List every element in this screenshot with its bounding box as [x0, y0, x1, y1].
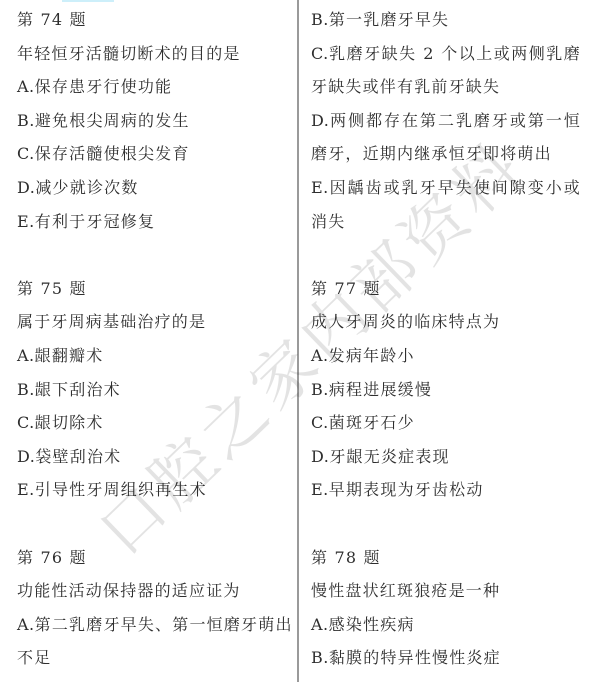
- option-a: A.感染性疾病: [311, 608, 581, 642]
- question-76-continued: B.第一乳磨牙早失 C.乳磨牙缺失 2 个以上或两侧乳磨 牙缺失或伴有乳前牙缺失…: [311, 3, 581, 238]
- option-c: C.保存活髓使根尖发育: [17, 137, 289, 171]
- question-stem: 年轻恒牙活髓切断术的目的是: [17, 37, 289, 71]
- option-a: A.第二乳磨牙早失、第一恒磨牙萌出: [17, 608, 289, 642]
- option-b: B.病程进展缓慢: [311, 373, 581, 407]
- option-label: D.: [311, 111, 329, 130]
- option-e: E.引导性牙周组织再生术: [17, 473, 289, 507]
- option-text: 因龋齿或乳牙早失使间隙变小或: [329, 178, 581, 197]
- option-c: C.乳磨牙缺失 2 个以上或两侧乳磨: [311, 37, 581, 71]
- option-text: 病程进展缓慢: [329, 380, 432, 399]
- option-c: C.菌斑牙石少: [311, 406, 581, 440]
- option-label: C.: [311, 44, 329, 63]
- option-d: D.牙龈无炎症表现: [311, 440, 581, 474]
- left-column: 第 74 题 年轻恒牙活髓切断术的目的是 A.保存患牙行使功能 B.避免根尖周病…: [17, 3, 289, 675]
- spacer: [311, 507, 581, 541]
- option-text: 两侧都存在第二乳磨牙或第一恒: [329, 111, 581, 130]
- top-accent-bar: [62, 0, 114, 2]
- option-e-continued: 消失: [311, 205, 581, 239]
- question-stem: 慢性盘状红斑狼疮是一种: [311, 574, 581, 608]
- option-label: E.: [17, 212, 35, 231]
- question-title: 第 76 题: [17, 541, 289, 575]
- option-d: D.两侧都存在第二乳磨牙或第一恒: [311, 104, 581, 138]
- option-a: A.龈翻瓣术: [17, 339, 289, 373]
- question-title: 第 74 题: [17, 3, 289, 37]
- option-label: A.: [311, 346, 329, 365]
- option-c-continued: 牙缺失或伴有乳前牙缺失: [311, 70, 581, 104]
- option-label: C.: [311, 413, 329, 432]
- option-e: E.有利于牙冠修复: [17, 205, 289, 239]
- option-e: E.早期表现为牙齿松动: [311, 473, 581, 507]
- question-77: 第 77 题 成人牙周炎的临床特点为 A.发病年龄小 B.病程进展缓慢 C.菌斑…: [311, 272, 581, 507]
- option-text: 避免根尖周病的发生: [35, 111, 190, 130]
- option-text: 龈翻瓣术: [35, 346, 104, 365]
- right-column: B.第一乳磨牙早失 C.乳磨牙缺失 2 个以上或两侧乳磨 牙缺失或伴有乳前牙缺失…: [311, 3, 581, 675]
- option-label: A.: [17, 346, 35, 365]
- question-76: 第 76 题 功能性活动保持器的适应证为 A.第二乳磨牙早失、第一恒磨牙萌出 不…: [17, 541, 289, 675]
- option-label: C.: [17, 144, 35, 163]
- option-text: 保存患牙行使功能: [35, 77, 173, 96]
- option-text: 有利于牙冠修复: [35, 212, 155, 231]
- option-label: B.: [17, 111, 35, 130]
- option-text: 第一乳磨牙早失: [329, 10, 449, 29]
- option-c: C.龈切除术: [17, 406, 289, 440]
- option-text: 龈下刮治术: [35, 380, 121, 399]
- spacer: [17, 507, 289, 541]
- option-text: 乳磨牙缺失 2 个以上或两侧乳磨: [329, 44, 581, 63]
- question-title: 第 78 题: [311, 541, 581, 575]
- option-b: B.龈下刮治术: [17, 373, 289, 407]
- option-text: 感染性疾病: [329, 615, 415, 634]
- spacer: [17, 238, 289, 272]
- option-label: E.: [311, 178, 329, 197]
- option-label: B.: [311, 10, 329, 29]
- question-75: 第 75 题 属于牙周病基础治疗的是 A.龈翻瓣术 B.龈下刮治术 C.龈切除术…: [17, 272, 289, 507]
- option-label: D.: [17, 447, 35, 466]
- option-label: B.: [17, 380, 35, 399]
- option-label: B.: [311, 648, 329, 667]
- option-text: 早期表现为牙齿松动: [329, 480, 484, 499]
- question-78: 第 78 题 慢性盘状红斑狼疮是一种 A.感染性疾病 B.黏膜的特异性慢性炎症: [311, 541, 581, 675]
- option-label: B.: [311, 380, 329, 399]
- option-text: 龈切除术: [35, 413, 104, 432]
- option-e: E.因龋齿或乳牙早失使间隙变小或: [311, 171, 581, 205]
- option-label: A.: [17, 77, 35, 96]
- option-d: D.袋壁刮治术: [17, 440, 289, 474]
- option-b: B.第一乳磨牙早失: [311, 3, 581, 37]
- option-label: E.: [17, 480, 35, 499]
- question-stem: 成人牙周炎的临床特点为: [311, 305, 581, 339]
- option-label: C.: [17, 413, 35, 432]
- option-label: A.: [311, 615, 329, 634]
- option-label: D.: [17, 178, 35, 197]
- question-stem: 功能性活动保持器的适应证为: [17, 574, 289, 608]
- option-text: 第二乳磨牙早失、第一恒磨牙萌出: [35, 615, 293, 634]
- option-a: A.发病年龄小: [311, 339, 581, 373]
- option-text: 引导性牙周组织再生术: [35, 480, 207, 499]
- option-b: B.黏膜的特异性慢性炎症: [311, 641, 581, 675]
- option-text: 发病年龄小: [329, 346, 415, 365]
- option-d-continued: 磨牙，近期内继承恒牙即将萌出: [311, 137, 581, 171]
- option-label: D.: [311, 447, 329, 466]
- question-74: 第 74 题 年轻恒牙活髓切断术的目的是 A.保存患牙行使功能 B.避免根尖周病…: [17, 3, 289, 238]
- option-a: A.保存患牙行使功能: [17, 70, 289, 104]
- question-title: 第 77 题: [311, 272, 581, 306]
- option-d: D.减少就诊次数: [17, 171, 289, 205]
- question-stem: 属于牙周病基础治疗的是: [17, 305, 289, 339]
- option-text: 袋壁刮治术: [35, 447, 121, 466]
- option-text: 黏膜的特异性慢性炎症: [329, 648, 501, 667]
- option-b: B.避免根尖周病的发生: [17, 104, 289, 138]
- option-a-continued: 不足: [17, 641, 289, 675]
- option-text: 保存活髓使根尖发育: [35, 144, 190, 163]
- option-text: 牙龈无炎症表现: [329, 447, 449, 466]
- question-title: 第 75 题: [17, 272, 289, 306]
- option-label: A.: [17, 615, 35, 634]
- option-text: 减少就诊次数: [35, 178, 138, 197]
- spacer: [311, 238, 581, 272]
- option-label: E.: [311, 480, 329, 499]
- column-divider: [297, 0, 299, 682]
- option-text: 菌斑牙石少: [329, 413, 415, 432]
